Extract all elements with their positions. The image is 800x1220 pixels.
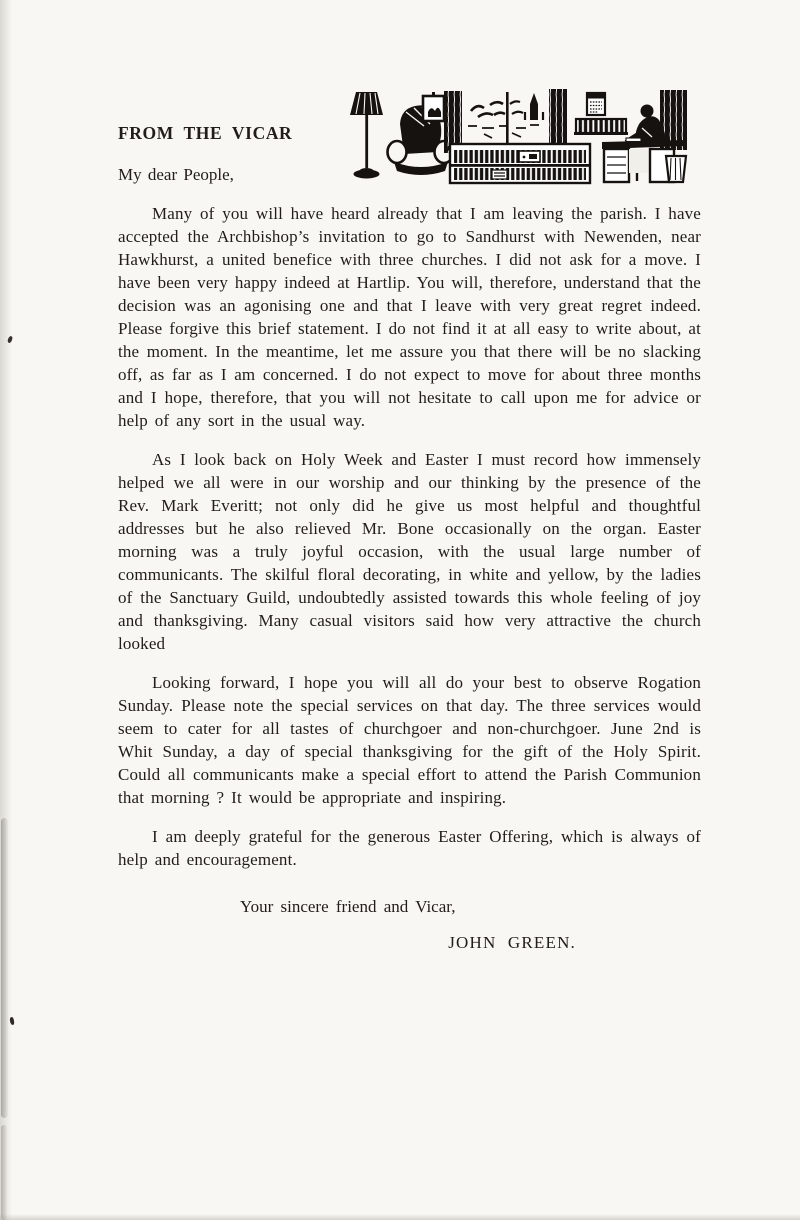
paragraph-leaving-parish: Many of you will have heard already that… xyxy=(118,202,701,432)
scan-edge-left xyxy=(0,0,12,1220)
page-title: FROM THE VICAR xyxy=(118,122,701,145)
vicar-letter: FROM THE VICAR My dear People, Many of y… xyxy=(118,0,701,954)
ink-speck xyxy=(9,1017,14,1025)
scan-binding-shadow-lower xyxy=(1,1125,7,1220)
salutation: My dear People, xyxy=(118,163,701,186)
paragraph-rogation-whit-sunday: Looking forward, I hope you will all do … xyxy=(118,671,701,809)
scan-binding-shadow xyxy=(1,818,8,1118)
paragraph-holy-week-easter: As I look back on Holy Week and Easter I… xyxy=(118,448,701,655)
paragraph-easter-offering: I am deeply grateful for the generous Ea… xyxy=(118,825,701,871)
scan-edge-bottom xyxy=(0,1214,800,1220)
ink-speck xyxy=(7,336,13,344)
closing-line: Your sincere friend and Vicar, xyxy=(118,895,701,918)
magazine-page: FROM THE VICAR My dear People, Many of y… xyxy=(0,0,800,1220)
signature: JOHN GREEN. xyxy=(118,931,701,954)
